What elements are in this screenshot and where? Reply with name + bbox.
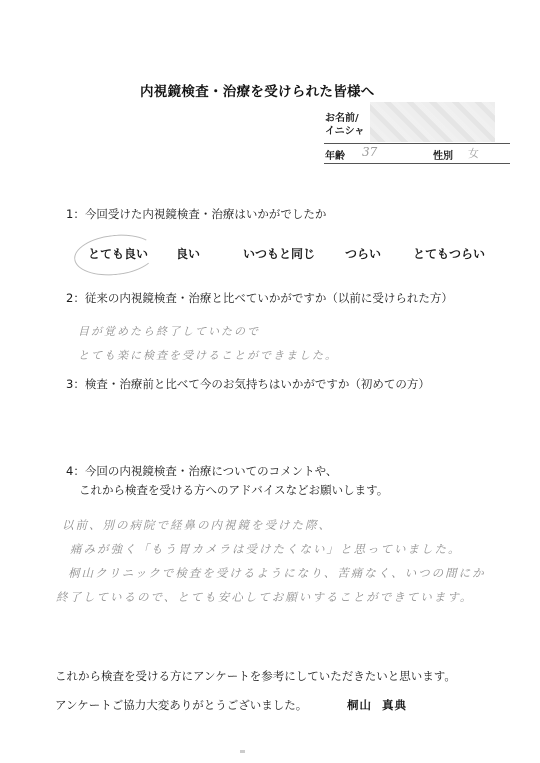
- closing-line-2: アンケートご協力大変ありがとうございました。: [55, 697, 307, 713]
- scan-mark: [240, 750, 245, 753]
- document-title: 内視鏡検査・治療を受けられた皆様へ: [140, 80, 375, 100]
- divider: [324, 143, 510, 144]
- option-same-as-usual[interactable]: いつもと同じ: [243, 245, 315, 262]
- answer-line: 桐山クリニックで検査を受けるようになり、苦痛なく、いつの間にか: [62, 561, 486, 585]
- question-1-options: とても良い 良い いつもと同じ つらい とてもつらい: [0, 245, 540, 269]
- question-3: 3：検査・治療前と比べて今のお気持ちはいかがですか（初めての方）: [66, 376, 430, 392]
- signature: 桐山真典: [347, 697, 407, 713]
- question-1: 1：今回受けた内視鏡検査・治療はいかがでしたか: [66, 206, 326, 222]
- question-4: 4：今回の内視鏡検査・治療についてのコメントや、 これから検査を受ける方へのアド…: [66, 462, 388, 500]
- redacted-name: [370, 102, 495, 142]
- question-4-answer: 以前、別の病院で経鼻の内視鏡を受けた際、 痛みが強く「もう胃カメラは受けたくない…: [62, 513, 486, 609]
- question-2: 2：従来の内視鏡検査・治療と比べていかがですか（以前に受けられた方）: [66, 290, 453, 306]
- signature-given-name: 真典: [382, 698, 407, 712]
- question-4-line2: これから検査を受ける方へのアドバイスなどお願いします。: [66, 481, 388, 500]
- sex-label: 性別: [433, 147, 453, 162]
- signature-family-name: 桐山: [347, 698, 372, 712]
- age-label: 年齢: [325, 147, 345, 162]
- option-painful[interactable]: つらい: [345, 245, 381, 262]
- closing-line-1: これから検査を受ける方にアンケートを参考にしていただきたいと思います。: [55, 668, 456, 684]
- question-4-line1: 4：今回の内視鏡検査・治療についてのコメントや、: [66, 464, 337, 478]
- name-label-line1: お名前/: [325, 112, 364, 125]
- answer-line: とても楽に検査を受けることができました。: [78, 344, 338, 368]
- name-label: お名前/ イニシャ: [325, 112, 364, 138]
- respondent-info-block: お名前/ イニシャ 年齢 37 性別 女: [320, 100, 520, 168]
- question-2-answer: 目が覚めたら終了していたので とても楽に検査を受けることができました。: [78, 320, 338, 368]
- answer-line: 目が覚めたら終了していたので: [78, 320, 338, 344]
- age-value: 37: [362, 145, 377, 159]
- name-label-line2: イニシャ: [325, 125, 364, 138]
- option-good[interactable]: 良い: [176, 245, 200, 262]
- option-very-good[interactable]: とても良い: [88, 245, 148, 262]
- answer-line: 以前、別の病院で経鼻の内視鏡を受けた際、: [62, 513, 486, 537]
- option-very-painful[interactable]: とてもつらい: [413, 245, 485, 262]
- survey-page: 内視鏡検査・治療を受けられた皆様へ お名前/ イニシャ 年齢 37 性別 女 1…: [0, 0, 540, 763]
- answer-line: 痛みが強く「もう胃カメラは受けたくない」と思っていました。: [62, 537, 486, 561]
- answer-line: 終了しているので、とても安心してお願いすることができています。: [56, 585, 486, 609]
- sex-value: 女: [468, 145, 479, 161]
- divider: [324, 163, 510, 164]
